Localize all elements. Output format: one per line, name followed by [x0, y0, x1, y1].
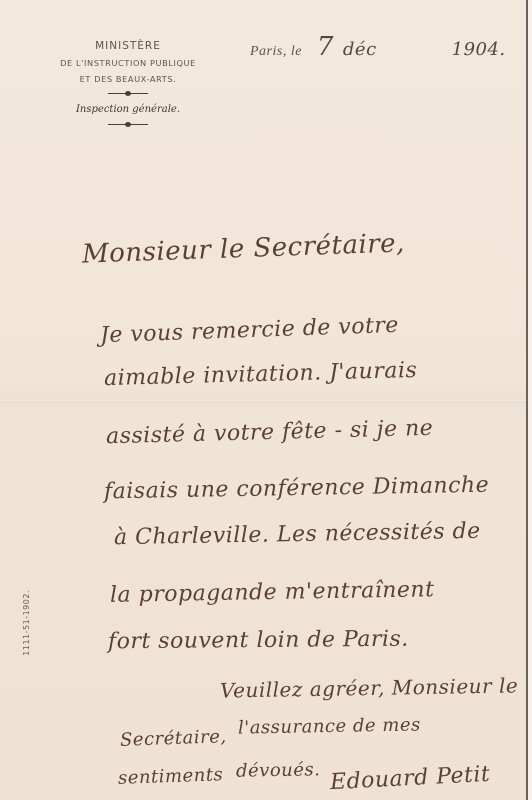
fold-crease: [0, 400, 526, 403]
letterhead-arts: ET DES BEAUX-ARTS.: [28, 74, 228, 84]
dateline-day: 7: [317, 32, 334, 62]
closing-line: l'assurance de mes: [238, 714, 421, 738]
scan-background: [528, 0, 532, 800]
dateline-place: Paris, le: [250, 44, 302, 59]
letterhead-division: Inspection générale.: [28, 104, 228, 115]
letterhead: MINISTÈRE DE L'INSTRUCTION PUBLIQUE ET D…: [28, 40, 228, 135]
letterhead-department: DE L'INSTRUCTION PUBLIQUE: [28, 58, 228, 68]
ornament-divider-icon: [108, 121, 148, 127]
closing-line: Secrétaire,: [120, 726, 227, 751]
closing-line: dévoués.: [236, 759, 321, 781]
dateline-year: 1904.: [452, 39, 506, 60]
ornament-divider-icon: [108, 90, 148, 96]
dateline-month: déc: [343, 39, 377, 60]
closing-line: sentiments: [118, 764, 224, 789]
letter-line: fort souvent loin de Paris.: [108, 627, 409, 655]
side-stamp: 1111-51-1902.: [22, 590, 31, 656]
dateline: Paris, le 7 déc 1904.: [250, 32, 506, 62]
letterhead-ministry: MINISTÈRE: [28, 40, 228, 52]
